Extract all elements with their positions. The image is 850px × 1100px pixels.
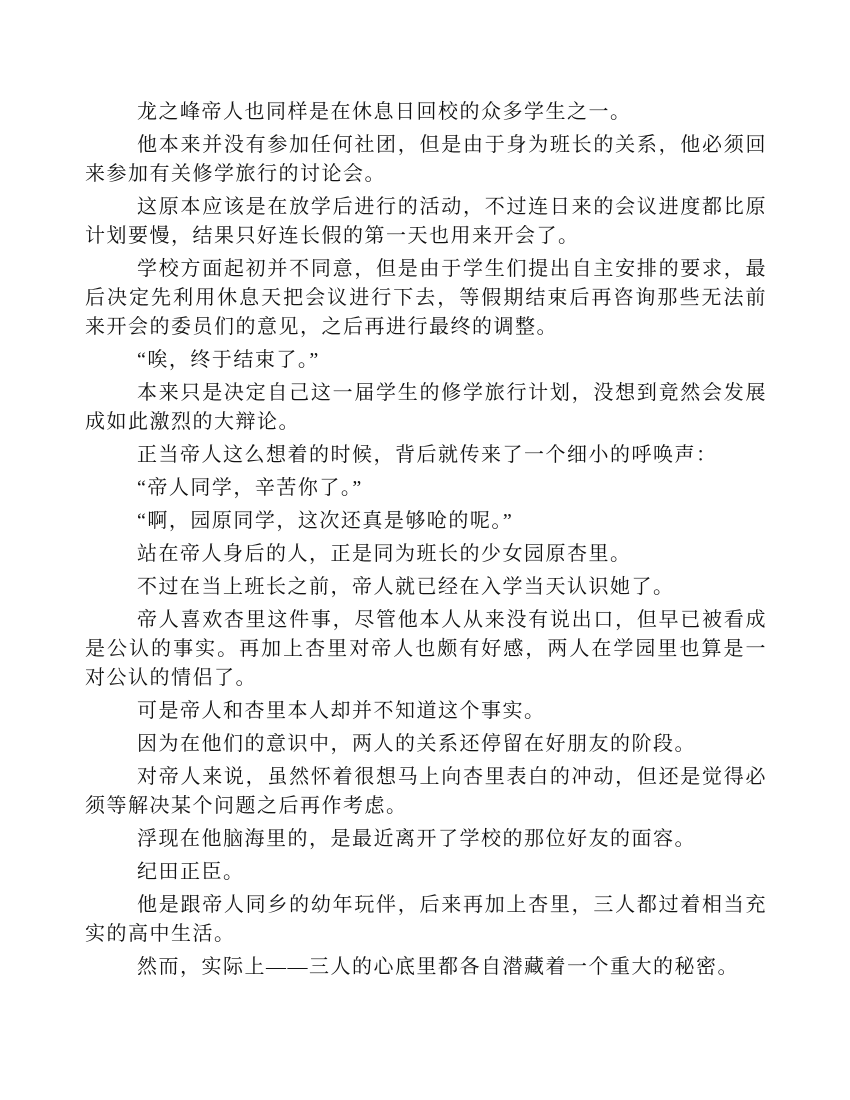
page-text: 龙之峰帝人也同样是在休息日回校的众多学生之一。 他本来并没有参加任何社团，但是由… [85,98,767,986]
paragraph: 可是帝人和杏里本人却并不知道这个事实。 [85,697,767,726]
paragraph: 因为在他们的意识中，两人的关系还停留在好朋友的阶段。 [85,730,767,759]
paragraph: 龙之峰帝人也同样是在休息日回校的众多学生之一。 [85,98,767,127]
paragraph: 他是跟帝人同乡的幼年玩伴，后来再加上杏里，三人都过着相当充实的高中生活。 [85,891,767,949]
paragraph: 本来只是决定自己这一届学生的修学旅行计划，没想到竟然会发展成如此激烈的大辩论。 [85,379,767,437]
paragraph: 帝人喜欢杏里这件事，尽管他本人从来没有说出口，但早已被看成是公认的事实。再加上杏… [85,606,767,693]
paragraph-dialogue: “唉，终于结束了。” [85,346,767,375]
paragraph: 学校方面起初并不同意，但是由于学生们提出自主安排的要求，最后决定先利用休息天把会… [85,255,767,342]
paragraph-dialogue: “帝人同学，辛苦你了。” [85,474,767,503]
paragraph-dialogue: “啊，园原同学，这次还真是够呛的呢。” [85,507,767,536]
paragraph: 他本来并没有参加任何社团，但是由于身为班长的关系，他必须回来参加有关修学旅行的讨… [85,131,767,189]
paragraph: 站在帝人身后的人，正是同为班长的少女园原杏里。 [85,540,767,569]
document-page: 龙之峰帝人也同样是在休息日回校的众多学生之一。 他本来并没有参加任何社团，但是由… [0,0,850,1100]
paragraph: 对帝人来说，虽然怀着很想马上向杏里表白的冲动，但还是觉得必须等解决某个问题之后再… [85,763,767,821]
paragraph: 这原本应该是在放学后进行的活动，不过连日来的会议进度都比原计划要慢，结果只好连长… [85,193,767,251]
paragraph: 正当帝人这么想着的时候，背后就传来了一个细小的呼唤声： [85,441,767,470]
paragraph: 然而，实际上——三人的心底里都各自潜藏着一个重大的秘密。 [85,953,767,982]
paragraph: 纪田正臣。 [85,858,767,887]
paragraph: 不过在当上班长之前，帝人就已经在入学当天认识她了。 [85,573,767,602]
paragraph: 浮现在他脑海里的，是最近离开了学校的那位好友的面容。 [85,825,767,854]
